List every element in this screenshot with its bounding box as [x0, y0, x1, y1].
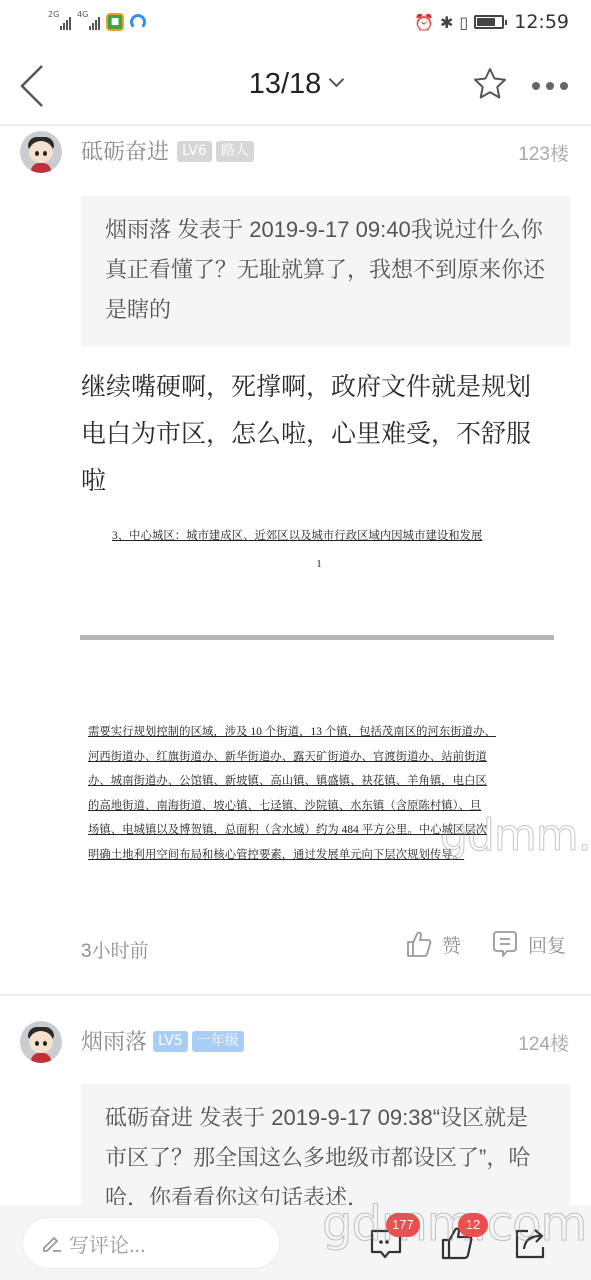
- level-badge: LV6: [177, 141, 212, 162]
- network-type-label: 2G: [48, 10, 59, 19]
- floor-number: 124楼: [518, 1029, 569, 1056]
- comments-button[interactable]: 177: [368, 1225, 404, 1261]
- post-body: 继续嘴硬啊，死撑啊，政府文件就是规划电白为市区，怎么啦，心里难受，不舒服啦: [81, 364, 551, 505]
- post-divider: [0, 994, 591, 996]
- level-badge: LV5: [153, 1031, 188, 1052]
- status-bar: 2G 4G ■ ⏰ ✱ ▯ 12:59: [0, 0, 591, 44]
- doc-text-line: 办、城南街道办、公馆镇、新坡镇、高山镇、镇盛镇、袂花镇、羊角镇，电白区: [88, 769, 496, 794]
- comment-icon: [492, 930, 518, 958]
- alarm-icon: ⏰: [414, 13, 434, 32]
- doc-text-line: 需要实行规划控制的区域，涉及 10 个街道，13 个镇，包括茂南区的河东街道办、: [88, 720, 496, 745]
- favorite-button[interactable]: [472, 66, 508, 102]
- bottom-bar: 写评论... 177 12: [0, 1205, 591, 1280]
- thumbs-up-icon: [406, 930, 432, 958]
- more-icon: [532, 82, 540, 90]
- like-button[interactable]: 赞: [406, 930, 461, 958]
- user-badges: LV5 一年级: [153, 1031, 244, 1052]
- doc-text-line: 3、中心城区：城市建成区、近郊区以及城市行政区域内因城市建设和发展: [112, 524, 482, 549]
- reply-button[interactable]: 回复: [492, 930, 566, 958]
- comment-count-badge: 177: [386, 1213, 420, 1237]
- doc-page-number: 1: [80, 558, 558, 570]
- status-left: 2G 4G ■: [48, 13, 146, 31]
- doc-text-line: 明确土地利用空间布局和核心管控要素，通过发展单元向下层次规划传导。: [88, 843, 496, 868]
- reply-label: 回复: [528, 931, 566, 958]
- avatar[interactable]: [20, 131, 62, 173]
- username[interactable]: 砥砺奋进: [81, 135, 169, 166]
- post-header: 砥砺奋进 LV6 路人 123楼: [0, 131, 591, 181]
- floor-number: 123楼: [518, 139, 569, 166]
- vibrate-icon: ▯: [459, 13, 468, 32]
- doc-text-line: 的高地街道、南海街道、坡心镇、七迳镇、沙院镇、水东镇（含原陈村镇）、旦: [88, 794, 496, 819]
- like-label: 赞: [442, 931, 461, 958]
- clock: 12:59: [514, 11, 569, 33]
- chevron-down-icon: [329, 72, 345, 88]
- nav-bar: 13/18: [0, 44, 591, 126]
- post-footer: 3小时前 赞 回复: [0, 930, 591, 970]
- quote-block: 砥砺奋进 发表于 2019-9-17 09:38“设区就是市区了？那全国这么多地…: [81, 1084, 570, 1224]
- doc-paragraph: 需要实行规划控制的区域，涉及 10 个街道，13 个镇，包括茂南区的河东街道办、…: [88, 720, 496, 867]
- post-item: 砥砺奋进 LV6 路人 123楼 烟雨落 发表于 2019-9-17 09:40…: [0, 131, 591, 505]
- share-button[interactable]: [512, 1225, 548, 1261]
- app-notification-icon: ■: [106, 13, 124, 31]
- browser-notification-icon: [130, 14, 146, 30]
- pencil-icon: [41, 1233, 63, 1253]
- post-image[interactable]: 3、中心城区：城市建成区、近郊区以及城市行政区域内因城市建设和发展 1 需要实行…: [80, 520, 558, 875]
- more-button[interactable]: [532, 82, 568, 90]
- network-type-label: 4G: [77, 10, 88, 19]
- bluetooth-icon: ✱: [440, 13, 453, 32]
- star-icon: [472, 66, 508, 102]
- post-header: 烟雨落 LV5 一年级 124楼: [0, 1021, 591, 1071]
- like-count-badge: 12: [458, 1213, 488, 1237]
- signal-icon: 4G: [77, 14, 100, 30]
- doc-text-line: 河西街道办、红旗街道办、新华街道办、露天矿街道办、官渡街道办、站前街道: [88, 745, 496, 770]
- quote-block: 烟雨落 发表于 2019-9-17 09:40我说过什么你真正看懂了？无耻就算了…: [81, 196, 570, 346]
- user-badges: LV6 路人: [177, 141, 254, 162]
- signal-icon: 2G: [48, 14, 71, 30]
- post-item: 烟雨落 LV5 一年级 124楼 砥砺奋进 发表于 2019-9-17 09:3…: [0, 1021, 591, 1224]
- avatar[interactable]: [20, 1021, 62, 1063]
- doc-text-line: 场镇、电城镇以及博贺镇，总面积（含水域）约为 484 平方公里。中心城区层次: [88, 818, 496, 843]
- username[interactable]: 烟雨落: [81, 1025, 147, 1056]
- battery-icon: [474, 15, 504, 29]
- title-badge: 路人: [216, 141, 254, 162]
- comment-placeholder: 写评论...: [69, 1229, 146, 1258]
- comment-input[interactable]: 写评论...: [22, 1217, 280, 1269]
- page-indicator: 13/18: [249, 68, 322, 100]
- page-break-divider: [80, 635, 554, 640]
- like-post-button[interactable]: 12: [440, 1225, 476, 1261]
- title-badge: 一年级: [192, 1031, 244, 1052]
- share-icon: [512, 1225, 548, 1261]
- post-time: 3小时前: [81, 936, 149, 963]
- status-right: ⏰ ✱ ▯ 12:59: [414, 11, 569, 33]
